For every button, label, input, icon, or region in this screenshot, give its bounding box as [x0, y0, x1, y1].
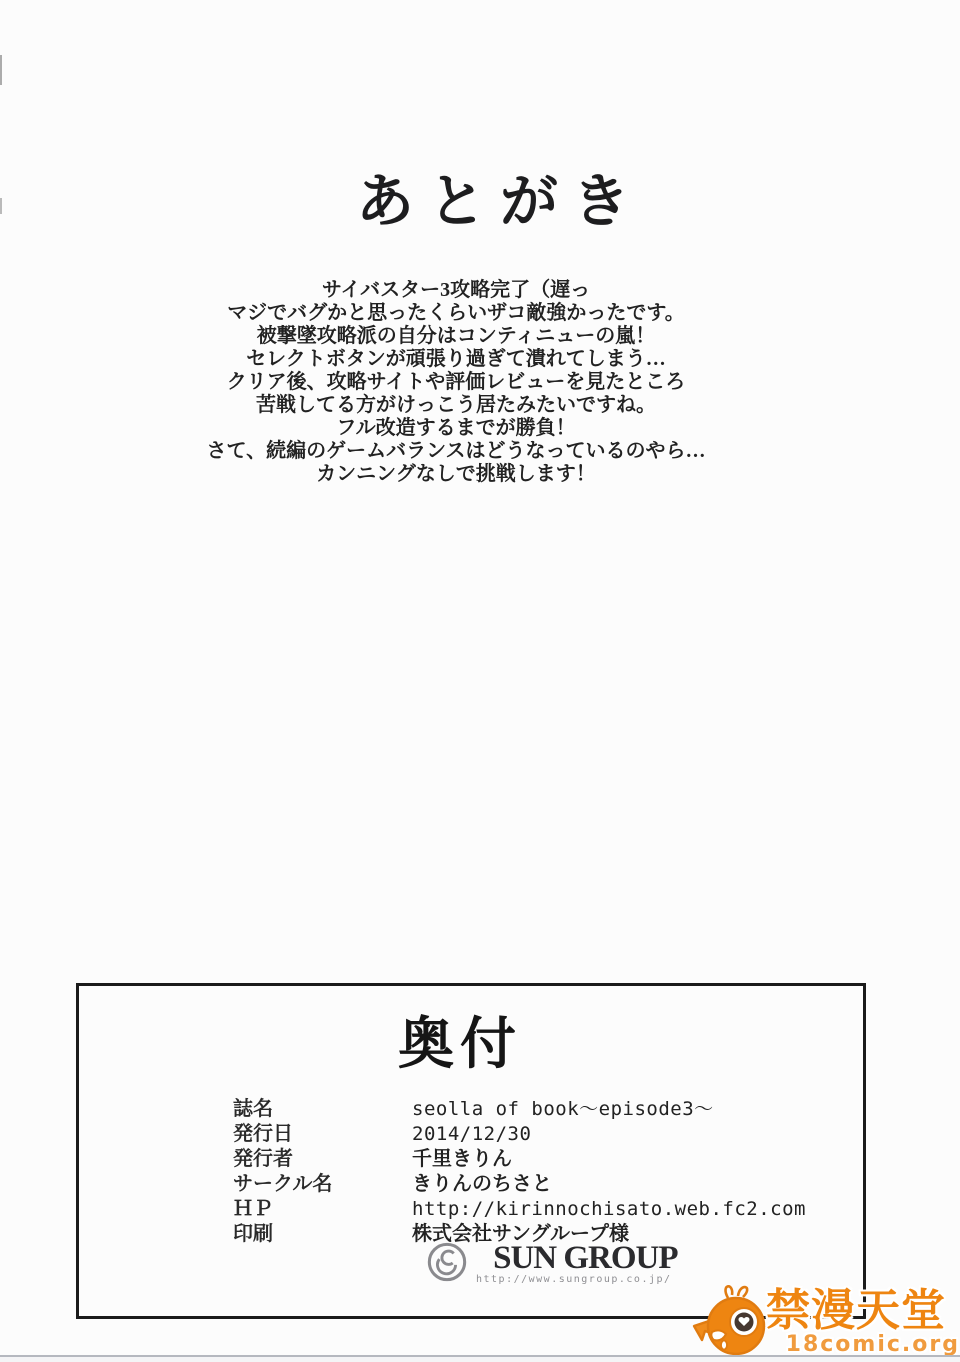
sun-group-url: http://www.sungroup.co.jp/ — [476, 1274, 672, 1285]
afterword-line: セレクトボタンが頑張り過ぎて潰れてしまう… — [0, 348, 912, 371]
scan-edge-artifact — [0, 55, 2, 85]
watermark-site-name: 禁漫天堂 — [766, 1288, 960, 1334]
afterword-line: マジでバグかと思ったくらいザコ敵強かったです。 — [0, 302, 912, 325]
scan-bottom-strip — [0, 1357, 960, 1362]
afterword-body: サイバスター3攻略完了（遅っマジでバグかと思ったくらいザコ敵強かったです。被撃墜… — [0, 279, 912, 486]
sun-group-logo: SUN GROUP http://www.sungroup.co.jp/ — [426, 1240, 678, 1285]
scan-edge-artifact — [0, 198, 2, 214]
afterword-line: 被撃墜攻略派の自分はコンティニューの嵐！ — [0, 325, 912, 348]
afterword-line: 苦戦してる方がけっこう居たみたいですね。 — [0, 394, 912, 417]
sun-group-name: SUN GROUP — [493, 1243, 677, 1273]
watermark-site-url: 18comic.org — [766, 1334, 960, 1356]
site-watermark: 禁漫天堂 18comic.org — [690, 1280, 960, 1362]
afterword-line: サイバスター3攻略完了（遅っ — [0, 279, 912, 302]
afterword-line: クリア後、攻略サイトや評価レビューを見たところ — [0, 371, 912, 394]
orange-mascot-icon — [690, 1282, 778, 1362]
sun-group-ring-icon — [426, 1240, 468, 1284]
scanned-afterword-page: あとがき サイバスター3攻略完了（遅っマジでバグかと思ったくらいザコ敵強かったで… — [0, 0, 960, 1362]
afterword-line: さて、続編のゲームバランスはどうなっているのやら… — [0, 440, 912, 463]
afterword-line: カンニングなしで挑戦します！ — [0, 463, 912, 486]
afterword-line: フル改造するまでが勝負！ — [0, 417, 912, 440]
afterword-title: あとがき — [40, 154, 960, 238]
